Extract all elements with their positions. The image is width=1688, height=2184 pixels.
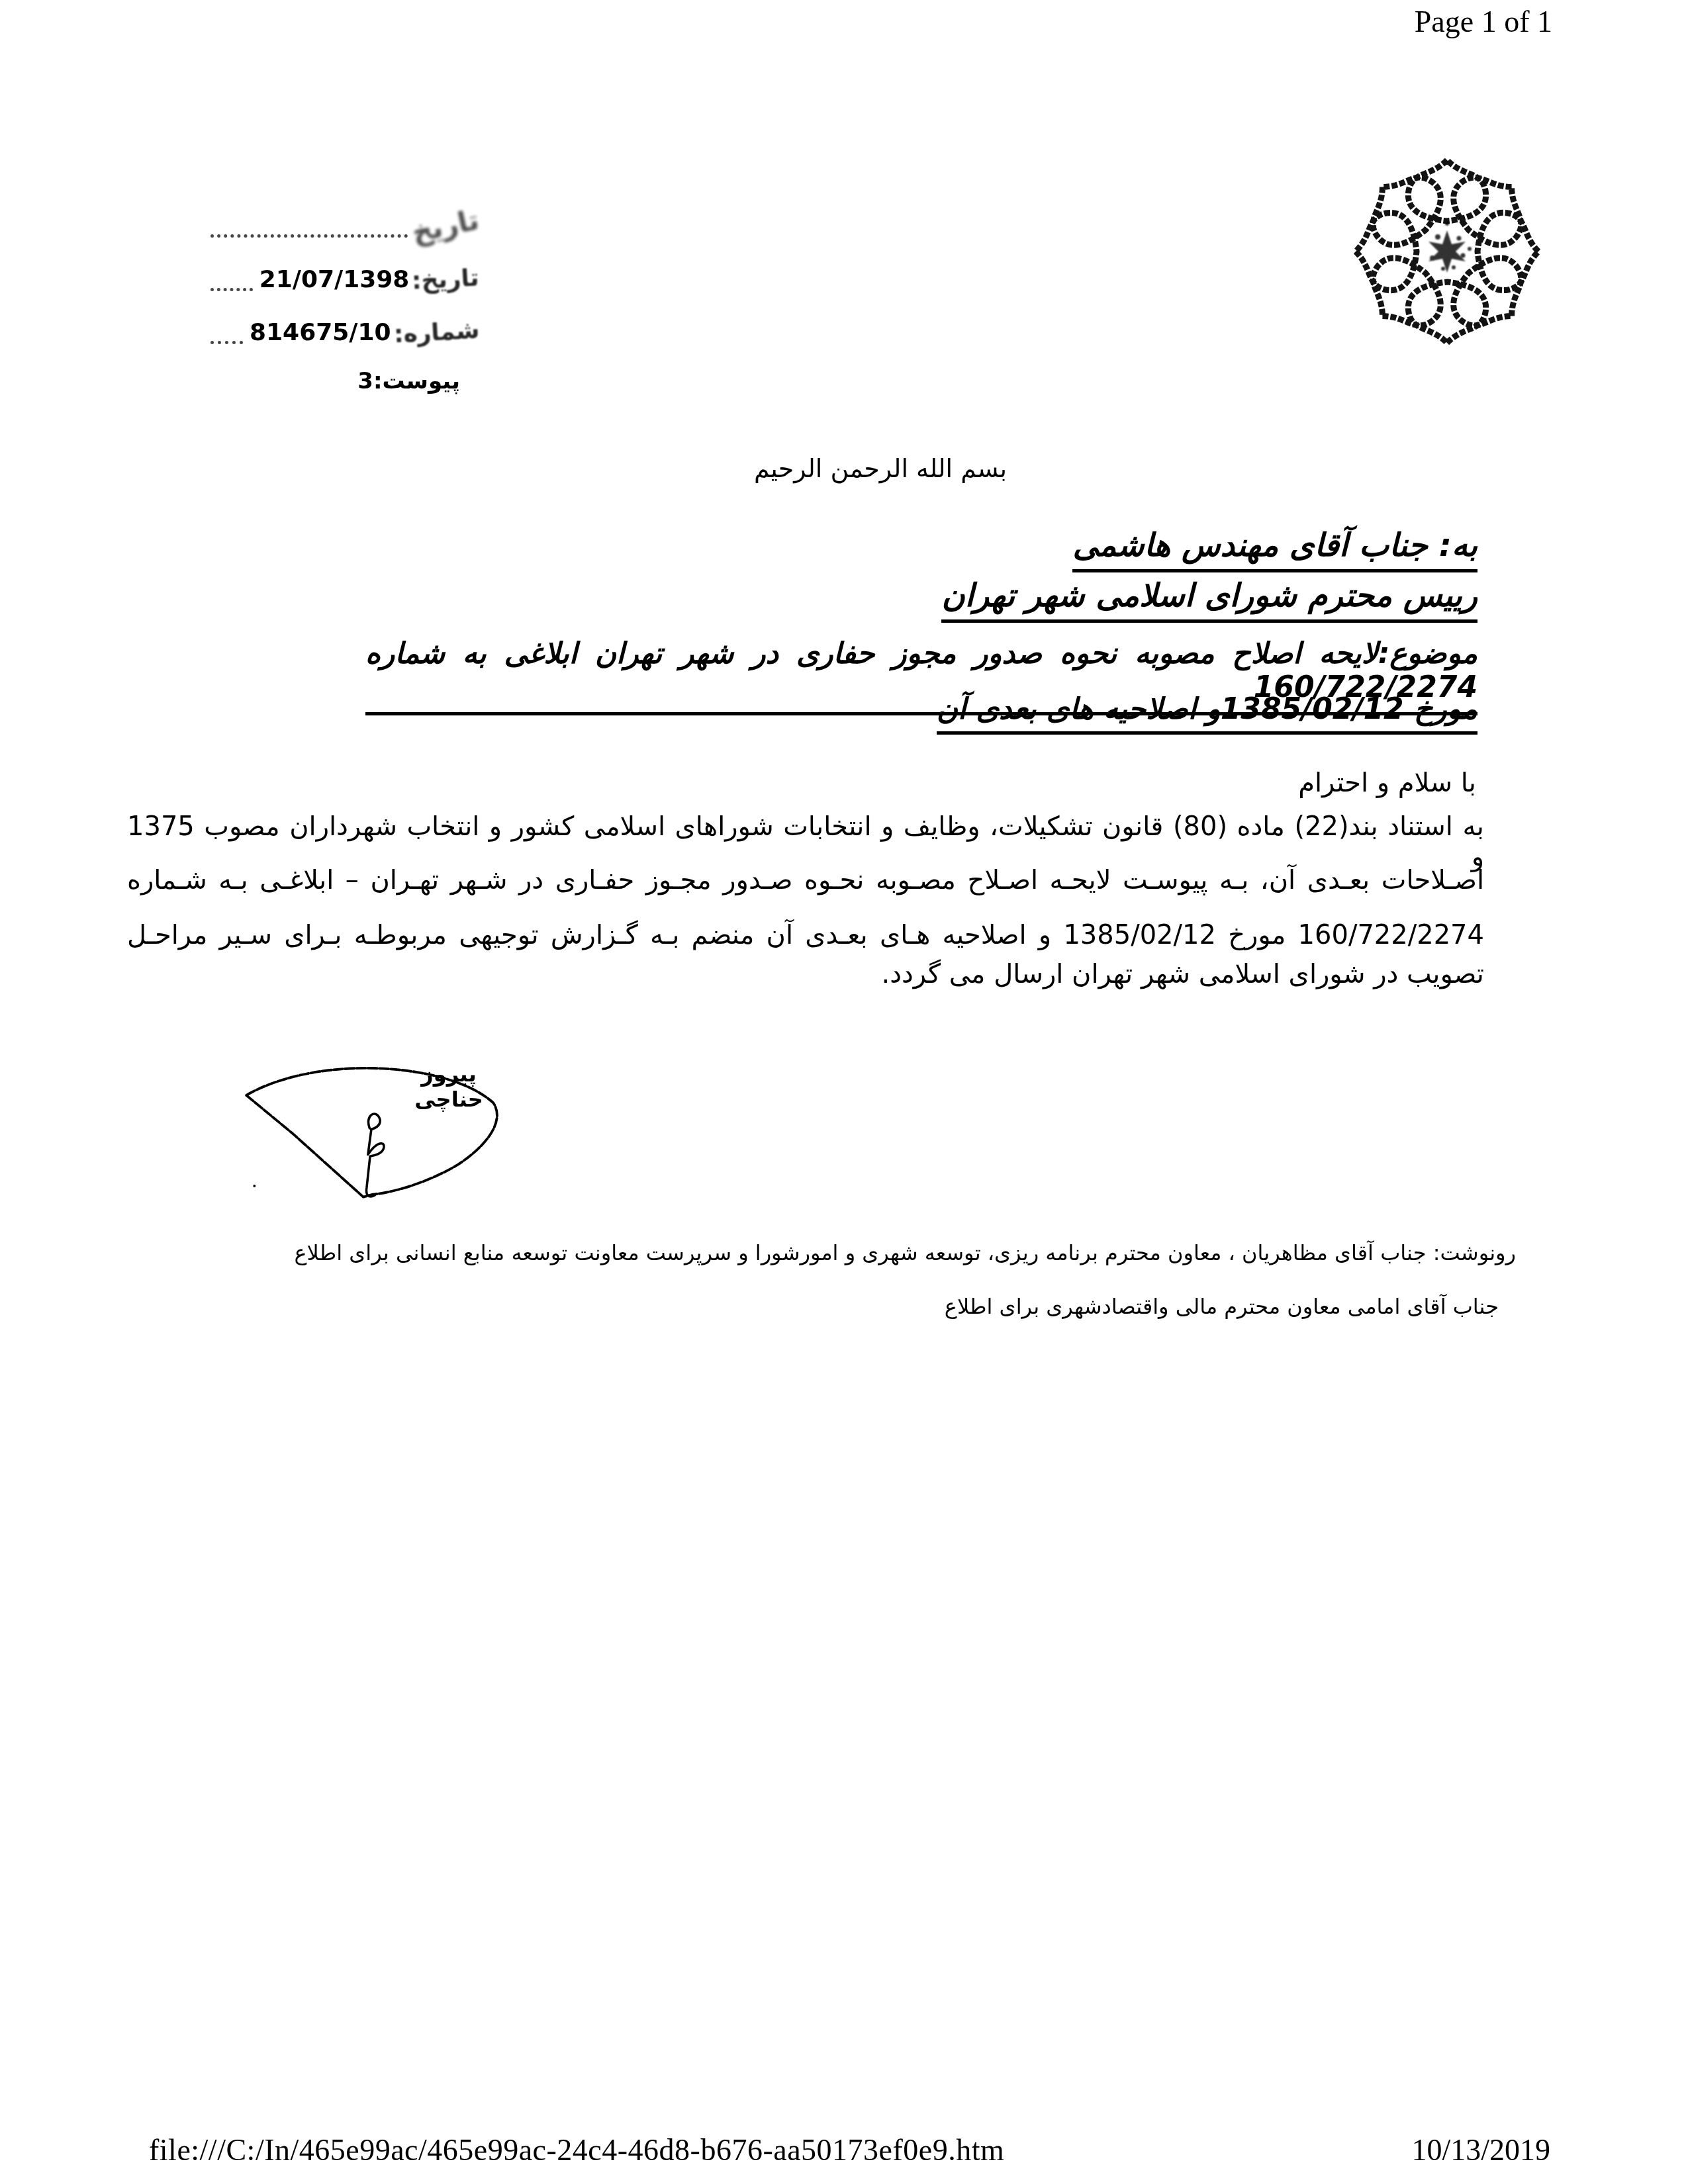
date-value: 21/07/1398 xyxy=(259,266,410,293)
signature-stroke xyxy=(367,1114,385,1197)
addressee-line-2: رییس محترم شورای اسلامی شهر تهران xyxy=(941,577,1477,623)
tehran-municipality-logo-icon xyxy=(1348,152,1546,351)
body-line: 160/722/2274 مورخ 1385/02/12 و اصلاحیه ه… xyxy=(127,920,1484,950)
addressee-name: به: جناب آقای مهندس هاشمی xyxy=(1072,527,1477,572)
letterhead-row-handwritten: تاریخ xyxy=(207,208,479,243)
letterhead-row-date: تاریخ: 21/07/1398 xyxy=(207,262,479,296)
handwritten-date-scribble: تاریخ xyxy=(409,203,482,248)
addressee-line-1: به: جناب آقای مهندس هاشمی xyxy=(1072,527,1477,572)
subject-line-2: مورخ 1385/02/12و اصلاحیه های بعدی آن xyxy=(937,692,1477,735)
salutation: با سلام و احترام xyxy=(1298,768,1476,798)
dotted-leader-line xyxy=(211,321,243,344)
print-footer-file-url: file:///C:/In/465e99ac/465e99ac-24c4-46d… xyxy=(149,2132,1004,2167)
number-value: 814675/10 xyxy=(250,319,391,346)
dotted-leader-line xyxy=(211,268,253,291)
printed-letter-page: Page 1 of 1 تاریخ تاریخ: 21/07/1398 شمار… xyxy=(0,0,1688,2184)
body-line: تصویب در شورای اسلامی شهر تهران ارسال می… xyxy=(127,959,1484,989)
cc-line-2: جناب آقای امامی معاون محترم مالی واقتصاد… xyxy=(945,1294,1499,1319)
number-label: شماره: xyxy=(393,316,480,348)
bismillah-text: بسم الله الرحمن الرحیم xyxy=(748,454,1013,483)
print-page-number: Page 1 of 1 xyxy=(1415,4,1552,39)
letterhead-row-number: شماره: 814675/10 xyxy=(207,315,479,349)
handwritten-signature xyxy=(238,1019,662,1244)
subject-line-2-text: مورخ 1385/02/12و اصلاحیه های بعدی آن xyxy=(937,692,1477,735)
addressee-title: رییس محترم شورای اسلامی شهر تهران xyxy=(941,577,1477,623)
print-footer-date: 10/13/2019 xyxy=(1411,2132,1550,2167)
date-label: تاریخ: xyxy=(411,264,480,295)
cc-line-1: رونوشت: جناب آقای مظاهریان ، معاون محترم… xyxy=(295,1240,1517,1265)
dotted-leader-line xyxy=(211,214,408,238)
attachment-count: پیوست:3 xyxy=(357,368,460,394)
signatory-name: پیروز حناچی xyxy=(389,1062,508,1112)
body-line: اصـلاحات بعـدی آن، بـه پیوسـت لایحـه اصـ… xyxy=(127,865,1484,895)
body-line: به استناد بند(22) ماده (80) قانون تشکیلا… xyxy=(127,811,1484,872)
